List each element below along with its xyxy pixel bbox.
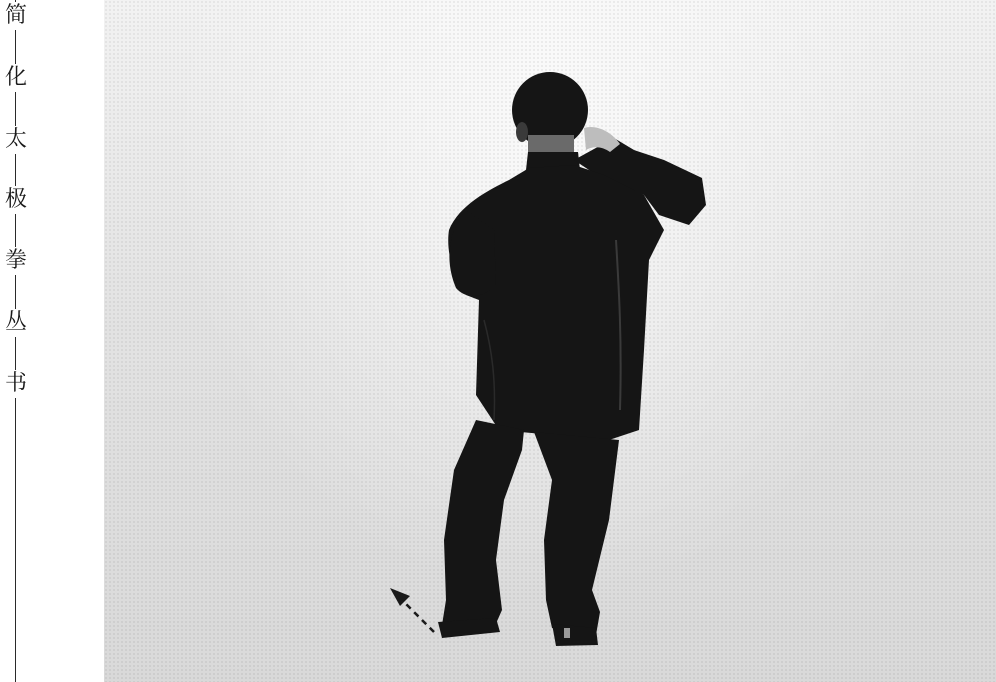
series-title-char: 极 <box>2 186 30 214</box>
series-title: 简 化 太 极 拳 丛 书 <box>0 0 34 682</box>
series-title-char: 简 <box>2 2 30 30</box>
series-title-char: 化 <box>2 64 30 92</box>
movement-arrow-icon <box>104 0 996 682</box>
series-title-char: 丛 <box>2 309 30 337</box>
series-title-char: 书 <box>2 370 30 398</box>
series-title-char: 拳 <box>2 247 30 275</box>
practitioner-photo <box>104 0 996 682</box>
series-title-rule <box>15 0 16 682</box>
series-title-char: 太 <box>2 126 30 154</box>
